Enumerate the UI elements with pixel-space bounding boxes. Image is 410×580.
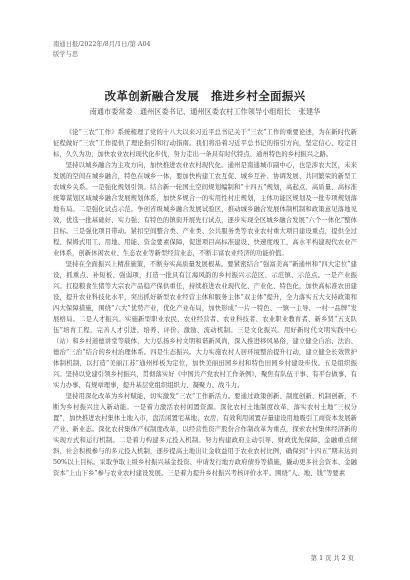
author-role: 南通市委常委 通州区委书记、通州区委农村工作领导小组组长 (90, 107, 291, 116)
author-name: 张建华 (299, 107, 321, 116)
paragraph: 《论“三农”工作》系统梳理了党的十八大以来习近平总书记关于“三农”工作的重要论述… (53, 127, 357, 160)
document-header: 南通日报/2022年/8月/1日/第 A04 版学与思 (53, 40, 150, 60)
author-byline: 南通市委常委 通州区委书记、通州区委农村工作领导小组组长张建华 (0, 107, 410, 117)
paragraph: 坚持在全面振兴上精准施策，不断夯实高质量发展根基。要紧密结合“强富美高”新通州和… (53, 259, 357, 391)
page-indicator: 第 1 页 共 2 页 (311, 553, 354, 562)
title-part-1: 改革创新融合发展 (105, 89, 199, 103)
paragraph: 坚持用深化改革为乡村赋能，切实激发“三农”工作新活力。要通过政策创新、制度创新、… (53, 391, 357, 479)
column-name: 版学与思 (53, 50, 150, 60)
article-body: 《论“三农”工作》系统梳理了党的十八大以来习近平总书记关于“三农”工作的重要论述… (53, 127, 357, 479)
source-line: 南通日报/2022年/8月/1日/第 A04 (53, 40, 150, 50)
title-part-2: 推进乡村全面振兴 (211, 89, 305, 103)
article-title: 改革创新融合发展推进乡村全面振兴 (0, 88, 410, 104)
paragraph: 坚持以城乡融合为主攻方向，加快推进农业农村现代化。通州是南通城市副中心，也是涉农… (53, 160, 357, 259)
